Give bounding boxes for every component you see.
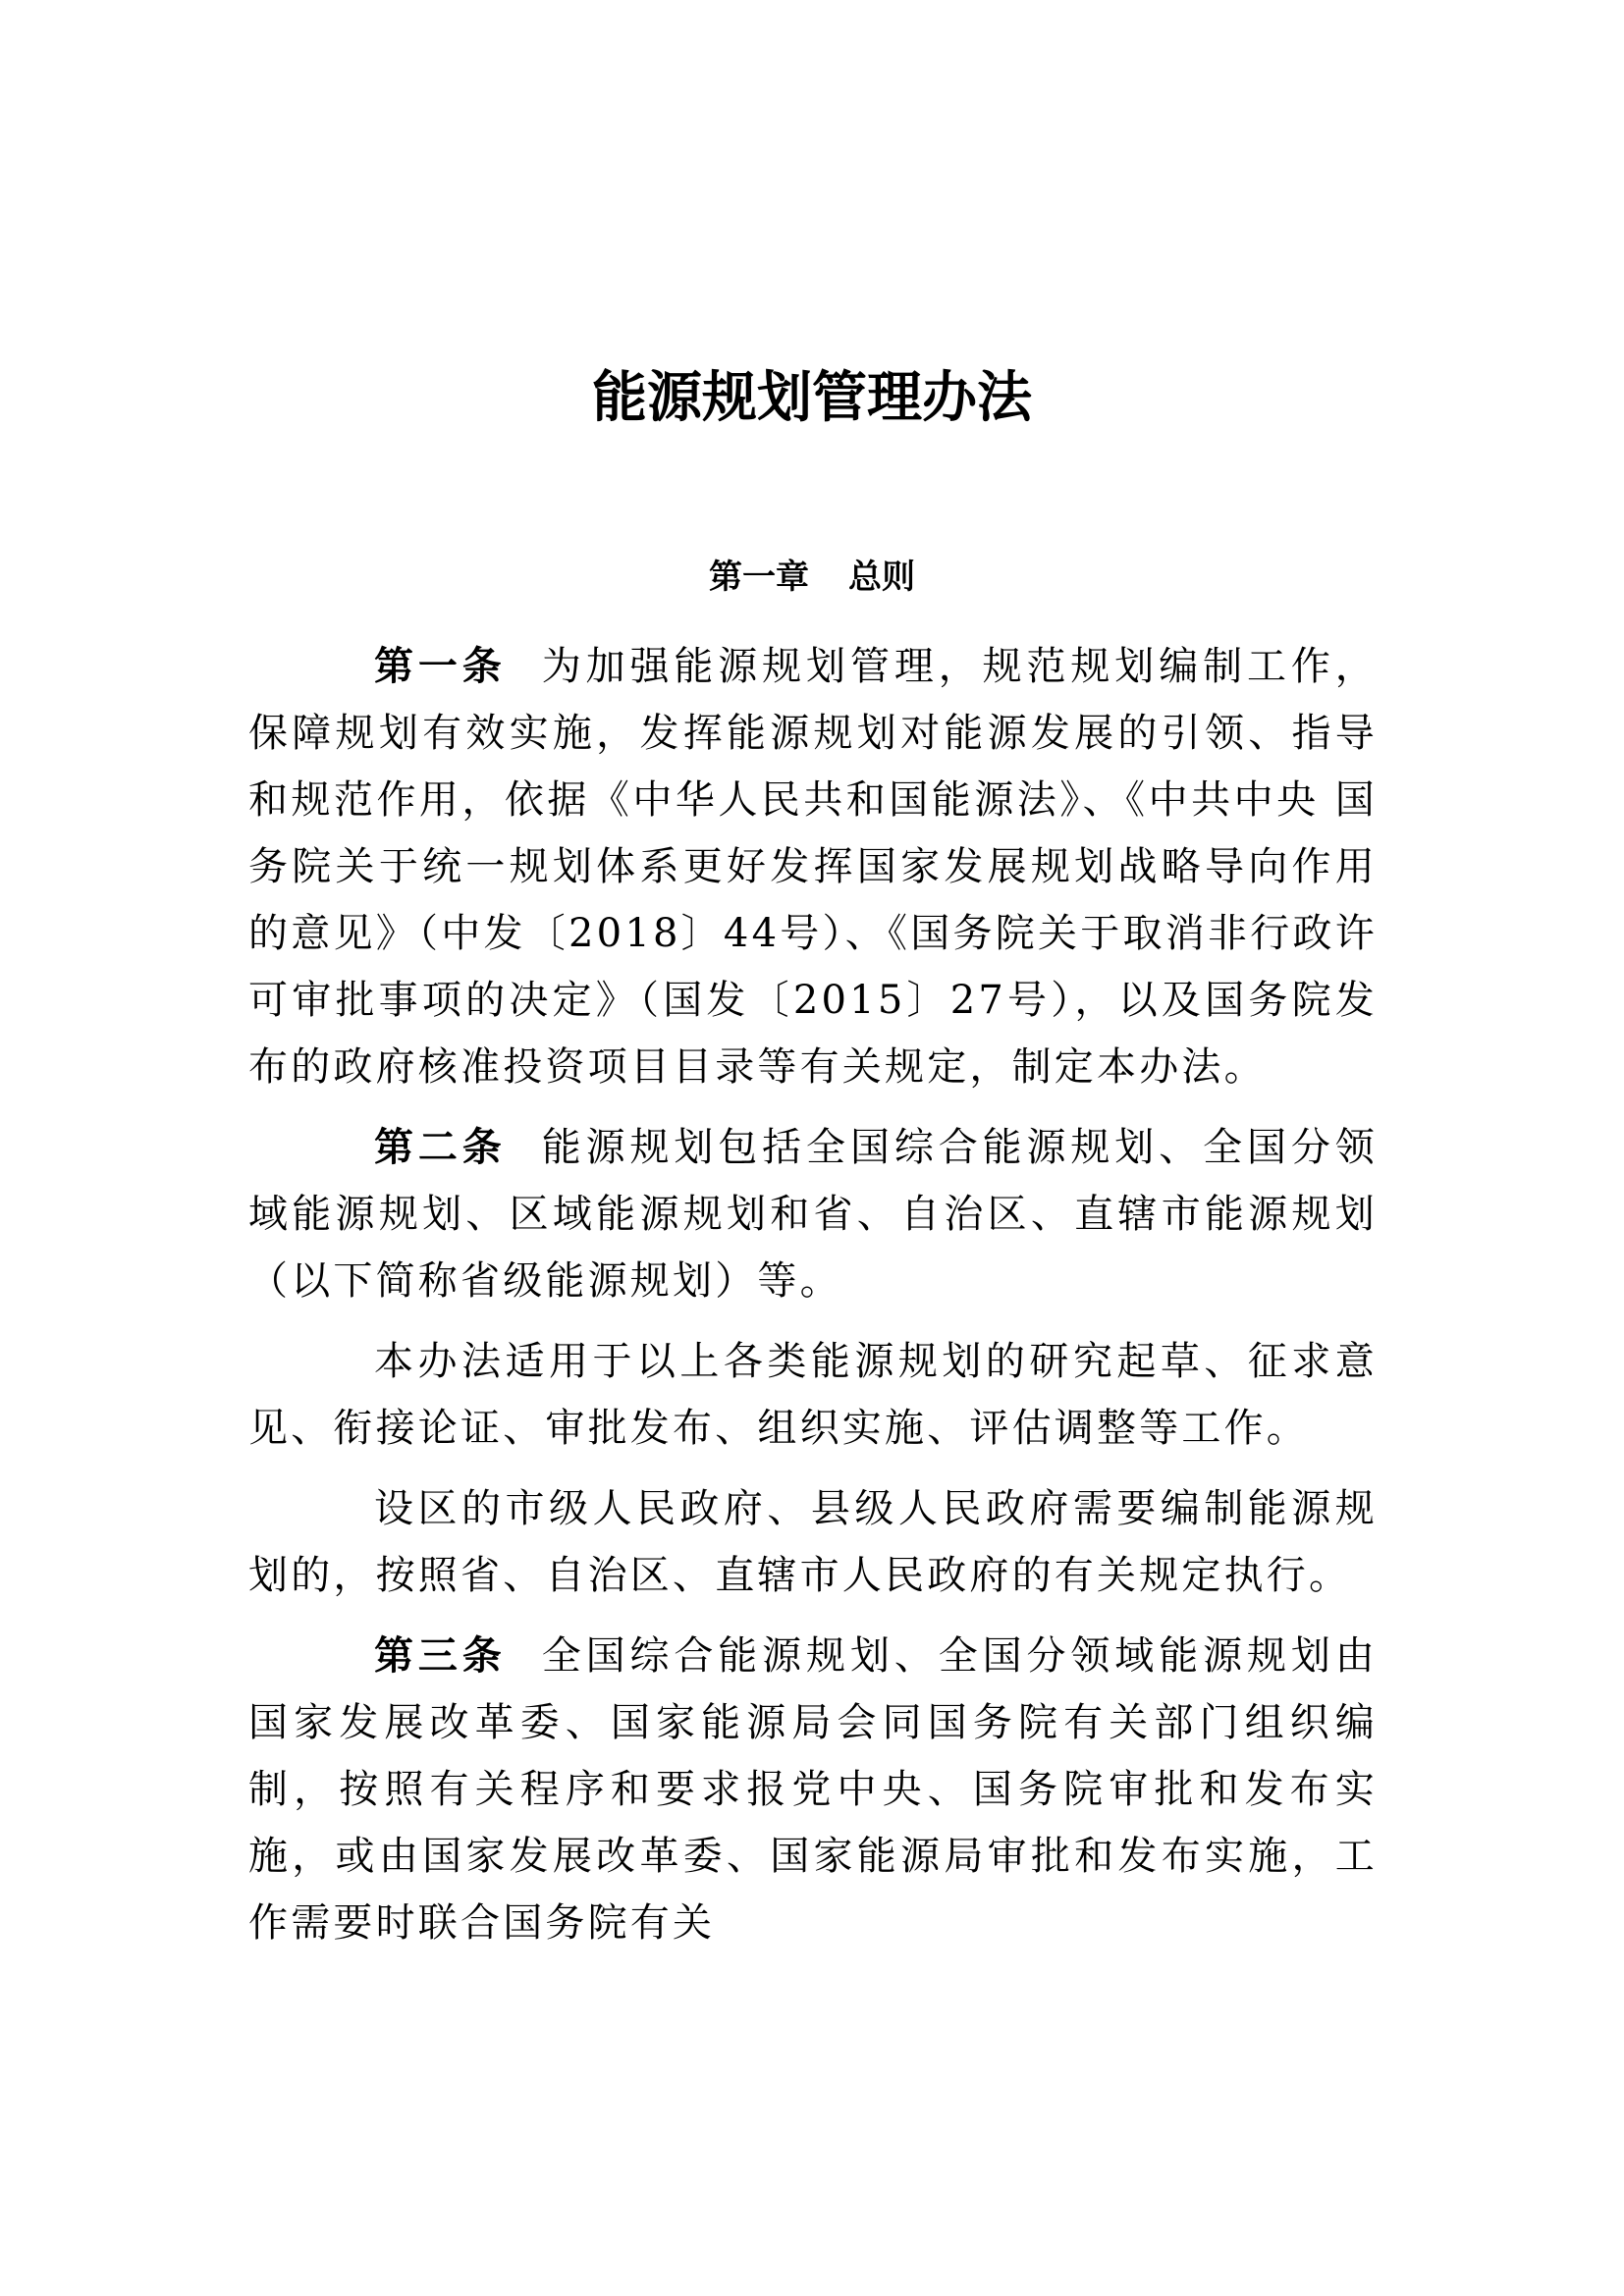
article-2-scope: 本办法适用于以上各类能源规划的研究起草、征求意见、衔接论证、审批发布、组织实施、… — [248, 1328, 1378, 1462]
document-title: 能源规划管理办法 — [0, 365, 1624, 430]
chapter-number: 第一章 — [709, 558, 809, 597]
article-text: 为加强能源规划管理，规范规划编制工作，保障规划有效实施，发挥能源规划对能源发展的… — [248, 644, 1378, 1090]
article-label: 第三条 — [374, 1633, 507, 1679]
article-1: 第一条为加强能源规划管理，规范规划编制工作，保障规划有效实施，发挥能源规划对能源… — [248, 633, 1378, 1100]
article-text: 全国综合能源规划、全国分领域能源规划由国家发展改革委、国家能源局会同国务院有关部… — [248, 1633, 1378, 1946]
article-3: 第三条全国综合能源规划、全国分领域能源规划由国家发展改革委、国家能源局会同国务院… — [248, 1623, 1378, 1956]
article-label: 第二条 — [374, 1125, 507, 1170]
paragraph-text: 本办法适用于以上各类能源规划的研究起草、征求意见、衔接论证、审批发布、组织实施、… — [248, 1339, 1378, 1451]
article-label: 第一条 — [374, 644, 507, 689]
paragraph-text: 设区的市级人民政府、县级人民政府需要编制能源规划的，按照省、自治区、直辖市人民政… — [248, 1486, 1378, 1598]
chapter-name: 总则 — [848, 558, 915, 597]
article-2-local: 设区的市级人民政府、县级人民政府需要编制能源规划的，按照省、自治区、直辖市人民政… — [248, 1475, 1378, 1609]
article-2: 第二条能源规划包括全国综合能源规划、全国分领域能源规划、区域能源规划和省、自治区… — [248, 1114, 1378, 1314]
document-body: 第一条为加强能源规划管理，规范规划编制工作，保障规划有效实施，发挥能源规划对能源… — [248, 633, 1378, 1956]
chapter-heading: 第一章总则 — [0, 556, 1624, 599]
